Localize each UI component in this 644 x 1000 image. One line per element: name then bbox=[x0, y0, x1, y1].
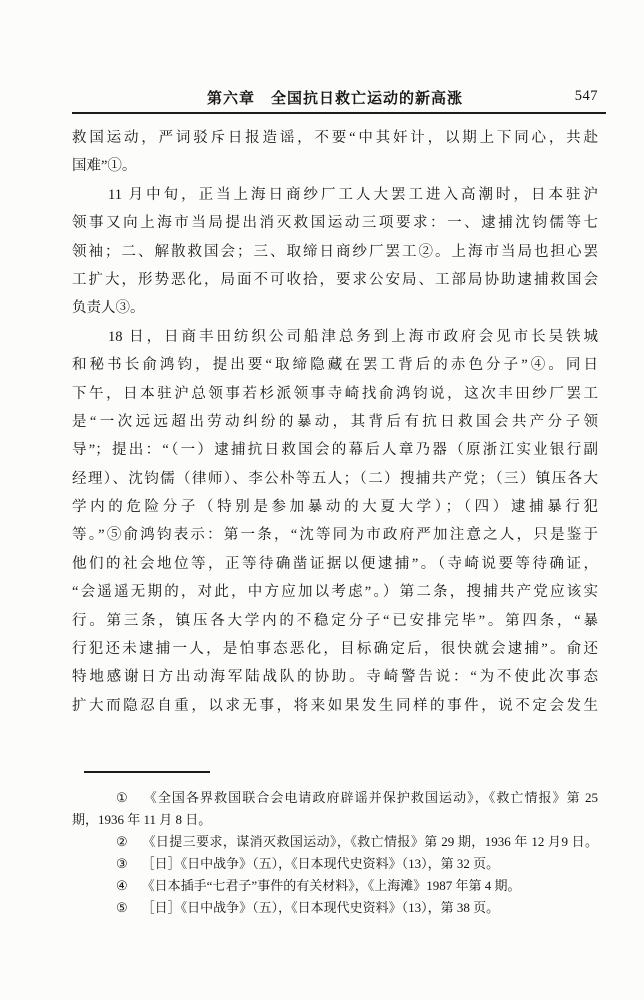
footnote-line: ③［日］《日中战争》（五），《日本现代史资料》（13），第 32 页。 bbox=[72, 853, 598, 875]
footnote-line: ⑤［日］《日中战争》（五），《日本现代史资料》（13），第 38 页。 bbox=[72, 897, 598, 919]
body-line: 下午，日本驻沪总领事若杉派领事寺崎找俞鸿钧说，这次丰田纱厂罢工 bbox=[72, 380, 598, 408]
footnote-marker: ③ bbox=[116, 856, 128, 871]
body-line: 和秘书长俞鸿钧，提出要“取缔隐藏在罢工背后的赤色分子”④。同日 bbox=[72, 351, 598, 379]
body-line: 行。第三条，镇压各大学内的不稳定分子“已安排完毕”。第四条，“暴 bbox=[72, 607, 598, 635]
body-line: 扩大而隐忍自重，以求无事，将来如果发生同样的事件，说不定会发生 bbox=[72, 692, 598, 720]
body-line: 救国运动，严词驳斥日报造谣，不要“中其奸计，以期上下同心，共赴 bbox=[72, 124, 598, 152]
body-line: 18 日，日商丰田纺织公司船津总务到上海市政府会见市长吴铁城 bbox=[72, 323, 598, 351]
body-line: 特地感谢日方出动海军陆战队的协助。寺崎警告说：“为不使此次事态 bbox=[72, 663, 598, 691]
chapter-title: 第六章 全国抗日救亡运动的新高涨 bbox=[72, 87, 598, 108]
body-line: 是“一次远远超出劳动纠纷的暴动，其背后有抗日救国会共产分子领 bbox=[72, 408, 598, 436]
body-line: 学内的危险分子（特别是参加暴动的大夏大学）；（四）逮捕暴行犯 bbox=[72, 493, 598, 521]
footnote-line: ①《全国各界救国联合会电请政府辟谣并保护救国运动》，《救亡情报》第 25 bbox=[72, 787, 598, 809]
footnote-text: 《全国各界救国联合会电请政府辟谣并保护救国运动》，《救亡情报》第 25 bbox=[143, 790, 598, 805]
footnote-line: ④《日本插手“七君子”事件的有关材料》，《上海滩》1987 年第 4 期。 bbox=[72, 875, 598, 897]
footnote-marker: ⑤ bbox=[116, 900, 128, 915]
footnote-separator-rule bbox=[84, 771, 210, 773]
body-line: 导”；提出：“（一）逮捕抗日救国会的幕后人章乃器（原浙江实业银行副 bbox=[72, 436, 598, 464]
footnotes-section: ①《全国各界救国联合会电请政府辟谣并保护救国运动》，《救亡情报》第 25期，19… bbox=[72, 787, 598, 919]
body-line: 工扩大，形势恶化，局面不可收拾，要求公安局、工部局协助逮捕救国会 bbox=[72, 266, 598, 294]
body-line: 行犯还未逮捕一人，是怕事态恶化，目标确定后，很快就会逮捕”。俞还 bbox=[72, 635, 598, 663]
body-line: 他们的社会地位等，正等待确凿证据以便逮捕”。（寺崎说要等待确证， bbox=[72, 550, 598, 578]
page-number: 547 bbox=[575, 88, 598, 105]
footnote-text: ［日］《日中战争》（五），《日本现代史资料》（13），第 32 页。 bbox=[142, 856, 500, 871]
book-page: 第六章 全国抗日救亡运动的新高涨 547 救国运动，严词驳斥日报造谣，不要“中其… bbox=[0, 0, 644, 1000]
footnote-text: 《日提三要求，谋消灭救国运动》，《救亡情报》第 29 期，1936 年 12 月… bbox=[142, 834, 598, 849]
body-line: 经理）、沈钧儒（律师）、李公朴等五人；（二）搜捕共产党；（三）镇压各大 bbox=[72, 465, 598, 493]
footnote-text: 《日本插手“七君子”事件的有关材料》，《上海滩》1987 年第 4 期。 bbox=[142, 878, 521, 893]
body-line: 负责人③。 bbox=[72, 294, 598, 322]
page-header: 第六章 全国抗日救亡运动的新高涨 547 bbox=[72, 87, 598, 107]
body-text: 救国运动，严词驳斥日报造谣，不要“中其奸计，以期上下同心，共赴国难”①。11 月… bbox=[72, 124, 598, 720]
body-line: 领袖；二、解散救国会；三、取缔日商纱厂罢工②。上海市当局也担心罢 bbox=[72, 238, 598, 266]
footnote-line: 期，1936 年 11 月 8 日。 bbox=[72, 809, 598, 831]
footnote-line: ②《日提三要求，谋消灭救国运动》，《救亡情报》第 29 期，1936 年 12 … bbox=[72, 831, 598, 853]
footnote-text: ［日］《日中战争》（五），《日本现代史资料》（13），第 38 页。 bbox=[142, 900, 500, 915]
body-line: “会遥遥无期的，对此，中方应加以考虑”。）第二条，搜捕共产党应该实 bbox=[72, 578, 598, 606]
body-line: 国难”①。 bbox=[72, 152, 598, 180]
footnote-marker: ② bbox=[116, 834, 128, 849]
header-rule bbox=[72, 112, 606, 114]
body-line: 领事又向上海市当局提出消灭救国运动三项要求：一、逮捕沈钧儒等七 bbox=[72, 209, 598, 237]
footnote-marker: ④ bbox=[116, 878, 128, 893]
body-line: 等。”⑤俞鸿钧表示：第一条，“沈等同为市政府严加注意之人，只是鉴于 bbox=[72, 521, 598, 549]
footnote-marker: ① bbox=[116, 790, 129, 805]
body-line: 11 月中旬，正当上海日商纱厂工人大罢工进入高潮时，日本驻沪 bbox=[72, 181, 598, 209]
